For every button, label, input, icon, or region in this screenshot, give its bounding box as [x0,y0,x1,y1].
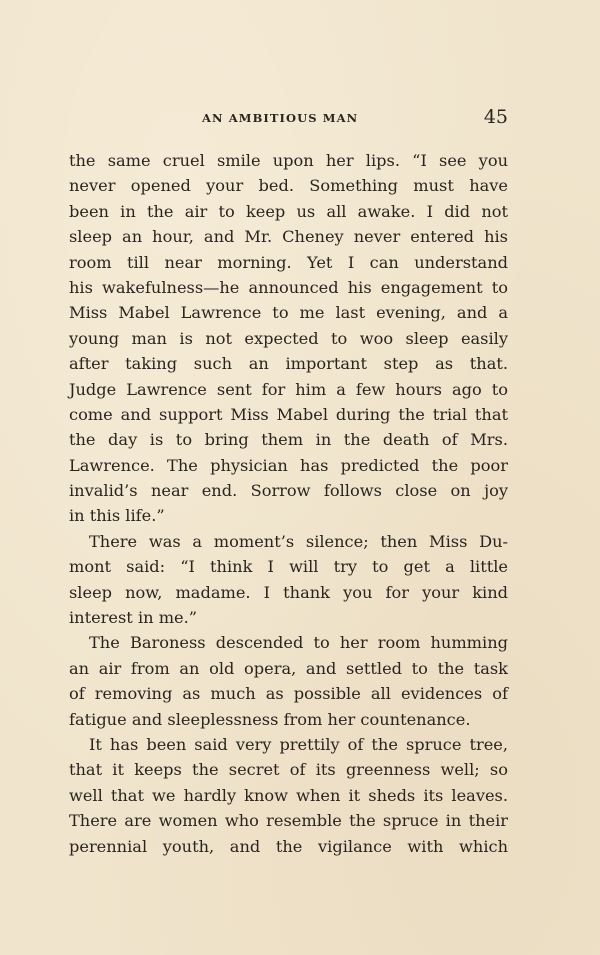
text-line: invalid’s near end. Sorrow follows close… [69,478,508,503]
text-line: of removing as much as possible all evid… [69,681,508,706]
body-text: the same cruel smile upon her lips. “I s… [69,148,508,859]
text-line: never opened your bed. Something must ha… [69,173,508,198]
running-title: AN AMBITIOUS MAN [202,111,358,125]
book-page: AN AMBITIOUS MAN 45 the same cruel smile… [0,0,600,955]
text-line: There are women who resemble the spruce … [69,808,508,833]
text-line: after taking such an important step as t… [69,351,508,376]
text-line: fatigue and sleeplessness from her count… [69,707,508,732]
text-line: that it keeps the secret of its greennes… [69,757,508,782]
text-line: interest in me.” [69,605,508,630]
text-line: sleep an hour, and Mr. Cheney never ente… [69,224,508,249]
text-line: mont said: “I think I will try to get a … [69,554,508,579]
text-line: in this life.” [69,503,508,528]
text-line: Judge Lawrence sent for him a few hours … [69,377,508,402]
text-line: Lawrence. The physician has predicted th… [69,453,508,478]
text-line: an air from an old opera, and settled to… [69,656,508,681]
text-line: been in the air to keep us all awake. I … [69,199,508,224]
text-line: room till near morning. Yet I can unders… [69,250,508,275]
text-line: It has been said very prettily of the sp… [69,732,508,757]
text-line: sleep now, madame. I thank you for your … [69,580,508,605]
text-line: the same cruel smile upon her lips. “I s… [69,148,508,173]
text-line: the day is to bring them in the death of… [69,427,508,452]
text-line: come and support Miss Mabel during the t… [69,402,508,427]
running-head: AN AMBITIOUS MAN 45 [68,106,510,132]
text-line: There was a moment’s silence; then Miss … [69,529,508,554]
text-line: perennial youth, and the vigilance with … [69,834,508,859]
text-line: Miss Mabel Lawrence to me last evening, … [69,300,508,325]
text-line: The Baroness descended to her room hummi… [69,630,508,655]
text-line: well that we hardly know when it sheds i… [69,783,508,808]
text-line: young man is not expected to woo sleep e… [69,326,508,351]
text-line: his wakefulness—he announced his engagem… [69,275,508,300]
page-number: 45 [484,106,508,128]
